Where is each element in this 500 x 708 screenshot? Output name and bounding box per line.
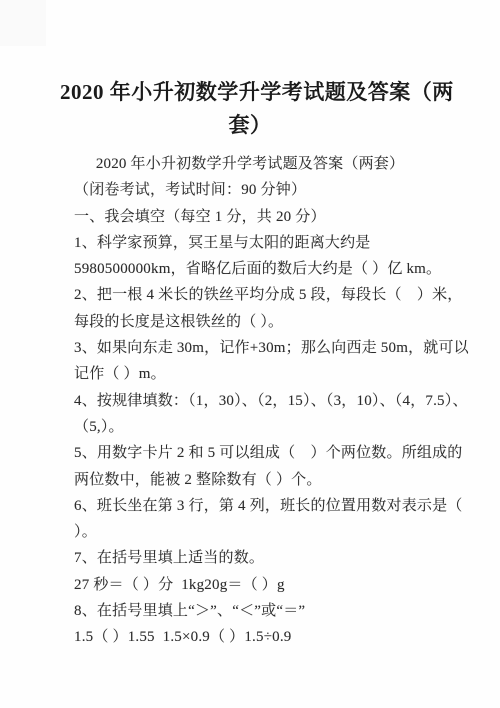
scanned-exam-page: 2020 年小升初数学升学考试题及答案（两 套） 2020 年小升初数学升学考试… — [0, 0, 500, 708]
question-8-line-1: 8、在括号里填上“＞”、“＜”或“＝” — [74, 598, 460, 624]
question-2-line-2: 每段的长度是这根铁丝的（ ）。 — [74, 309, 460, 335]
question-7-line-1: 7、在括号里填上适当的数。 — [74, 545, 460, 571]
question-6-line-2: ）。 — [74, 519, 460, 545]
question-1-line-1: 1、科学家预算，冥王星与太阳的距离大约是 — [74, 230, 460, 256]
question-5-line-2: 两位数中，能被 2 整除数有（ ）个。 — [74, 467, 460, 493]
exam-body: 2020 年小升初数学升学考试题及答案（两套） （闭卷考试，考试时间：90 分钟… — [0, 151, 500, 651]
question-5-line-1: 5、用数字卡片 2 和 5 可以组成（ ）个两位数。所组成的 — [74, 440, 460, 466]
question-4-line-2: （5,）。 — [74, 414, 460, 440]
page-title-line-2: 套） — [60, 109, 440, 142]
page-title: 2020 年小升初数学升学考试题及答案（两 套） — [0, 0, 500, 142]
exam-subtitle: 2020 年小升初数学升学考试题及答案（两套） — [74, 151, 460, 177]
question-1-line-2: 5980500000km，省略亿后面的数后大约是（ ）亿 km。 — [74, 256, 460, 282]
scan-corner-artifact — [0, 0, 46, 46]
section-1-heading: 一、我会填空（每空 1 分，共 20 分） — [74, 204, 460, 230]
question-2-line-1: 2、把一根 4 米长的铁丝平均分成 5 段，每段长（ ）米， — [74, 282, 460, 308]
page-title-line-1: 2020 年小升初数学升学考试题及答案（两 — [60, 76, 440, 109]
question-7-line-2: 27 秒＝（ ）分 1kg20g＝（ ）g — [74, 572, 460, 598]
exam-info-line: （闭卷考试，考试时间：90 分钟） — [74, 177, 460, 203]
question-3-line-2: 记作（ ）m。 — [74, 361, 460, 387]
question-4-line-1: 4、按规律填数：（1，30）、（2，15）、（3，10）、（4，7.5）、 — [74, 388, 460, 414]
question-8-line-2: 1.5（ ）1.55 1.5×0.9（ ）1.5÷0.9 — [74, 624, 460, 650]
question-3-line-1: 3、如果向东走 30m，记作+30m；那么向西走 50m，就可以 — [74, 335, 460, 361]
question-6-line-1: 6、班长坐在第 3 行，第 4 列，班长的位置用数对表示是（ — [74, 493, 460, 519]
